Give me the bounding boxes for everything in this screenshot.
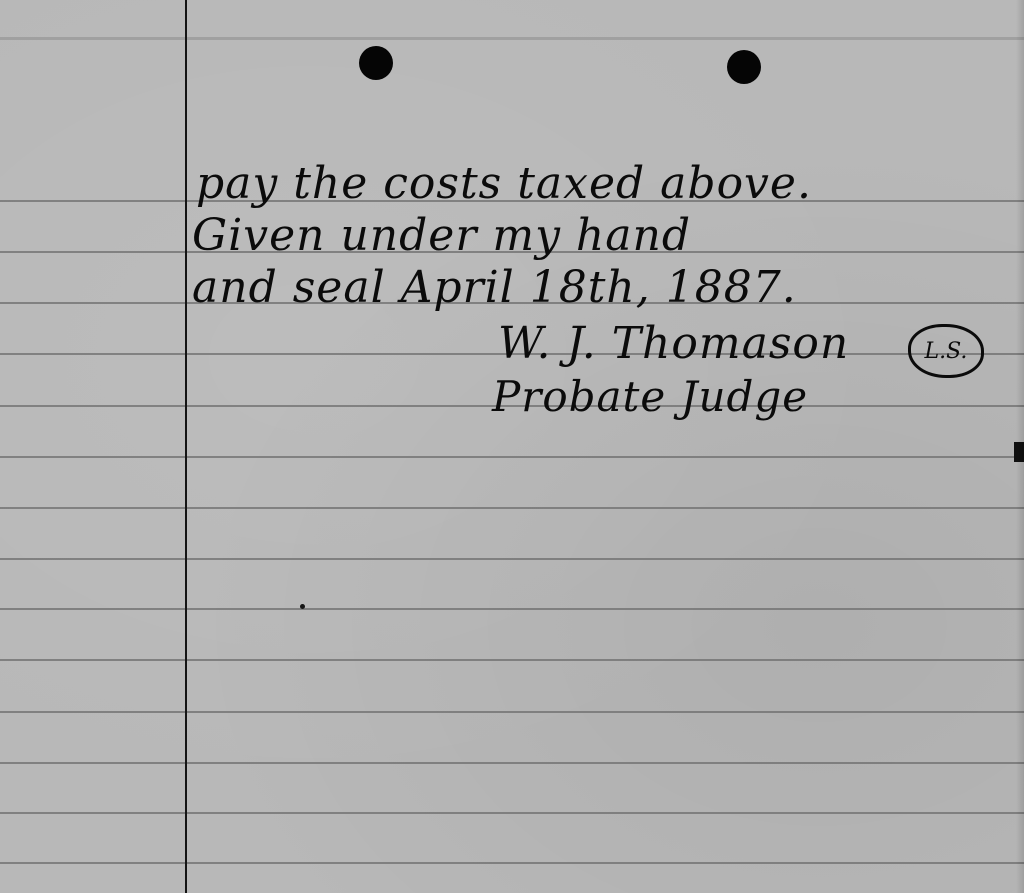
seal-mark: L.S. [908,324,984,378]
punch-hole [359,46,393,80]
margin-line [185,0,187,893]
ledger-page: pay the costs taxed above. Given under m… [0,0,1024,893]
handwritten-line-3: and seal April 18th, 1887. [192,262,797,313]
ruled-line [0,608,1024,610]
ruled-line [0,456,1024,458]
ruled-line [0,507,1024,509]
ruled-line [0,37,1024,40]
page-edge-shadow [1016,0,1024,893]
handwritten-line-2: Given under my hand [192,210,691,261]
ruled-line [0,711,1024,713]
ruled-line [0,659,1024,661]
handwritten-line-1: pay the costs taxed above. [196,158,812,209]
signature-name: W. J. Thomason [498,318,849,369]
ink-speck [300,604,305,609]
ruled-line [0,558,1024,560]
ruled-line [0,762,1024,764]
punch-hole [727,50,761,84]
signature-title: Probate Judge [492,372,808,421]
ruled-line [0,862,1024,864]
ruled-line [0,812,1024,814]
